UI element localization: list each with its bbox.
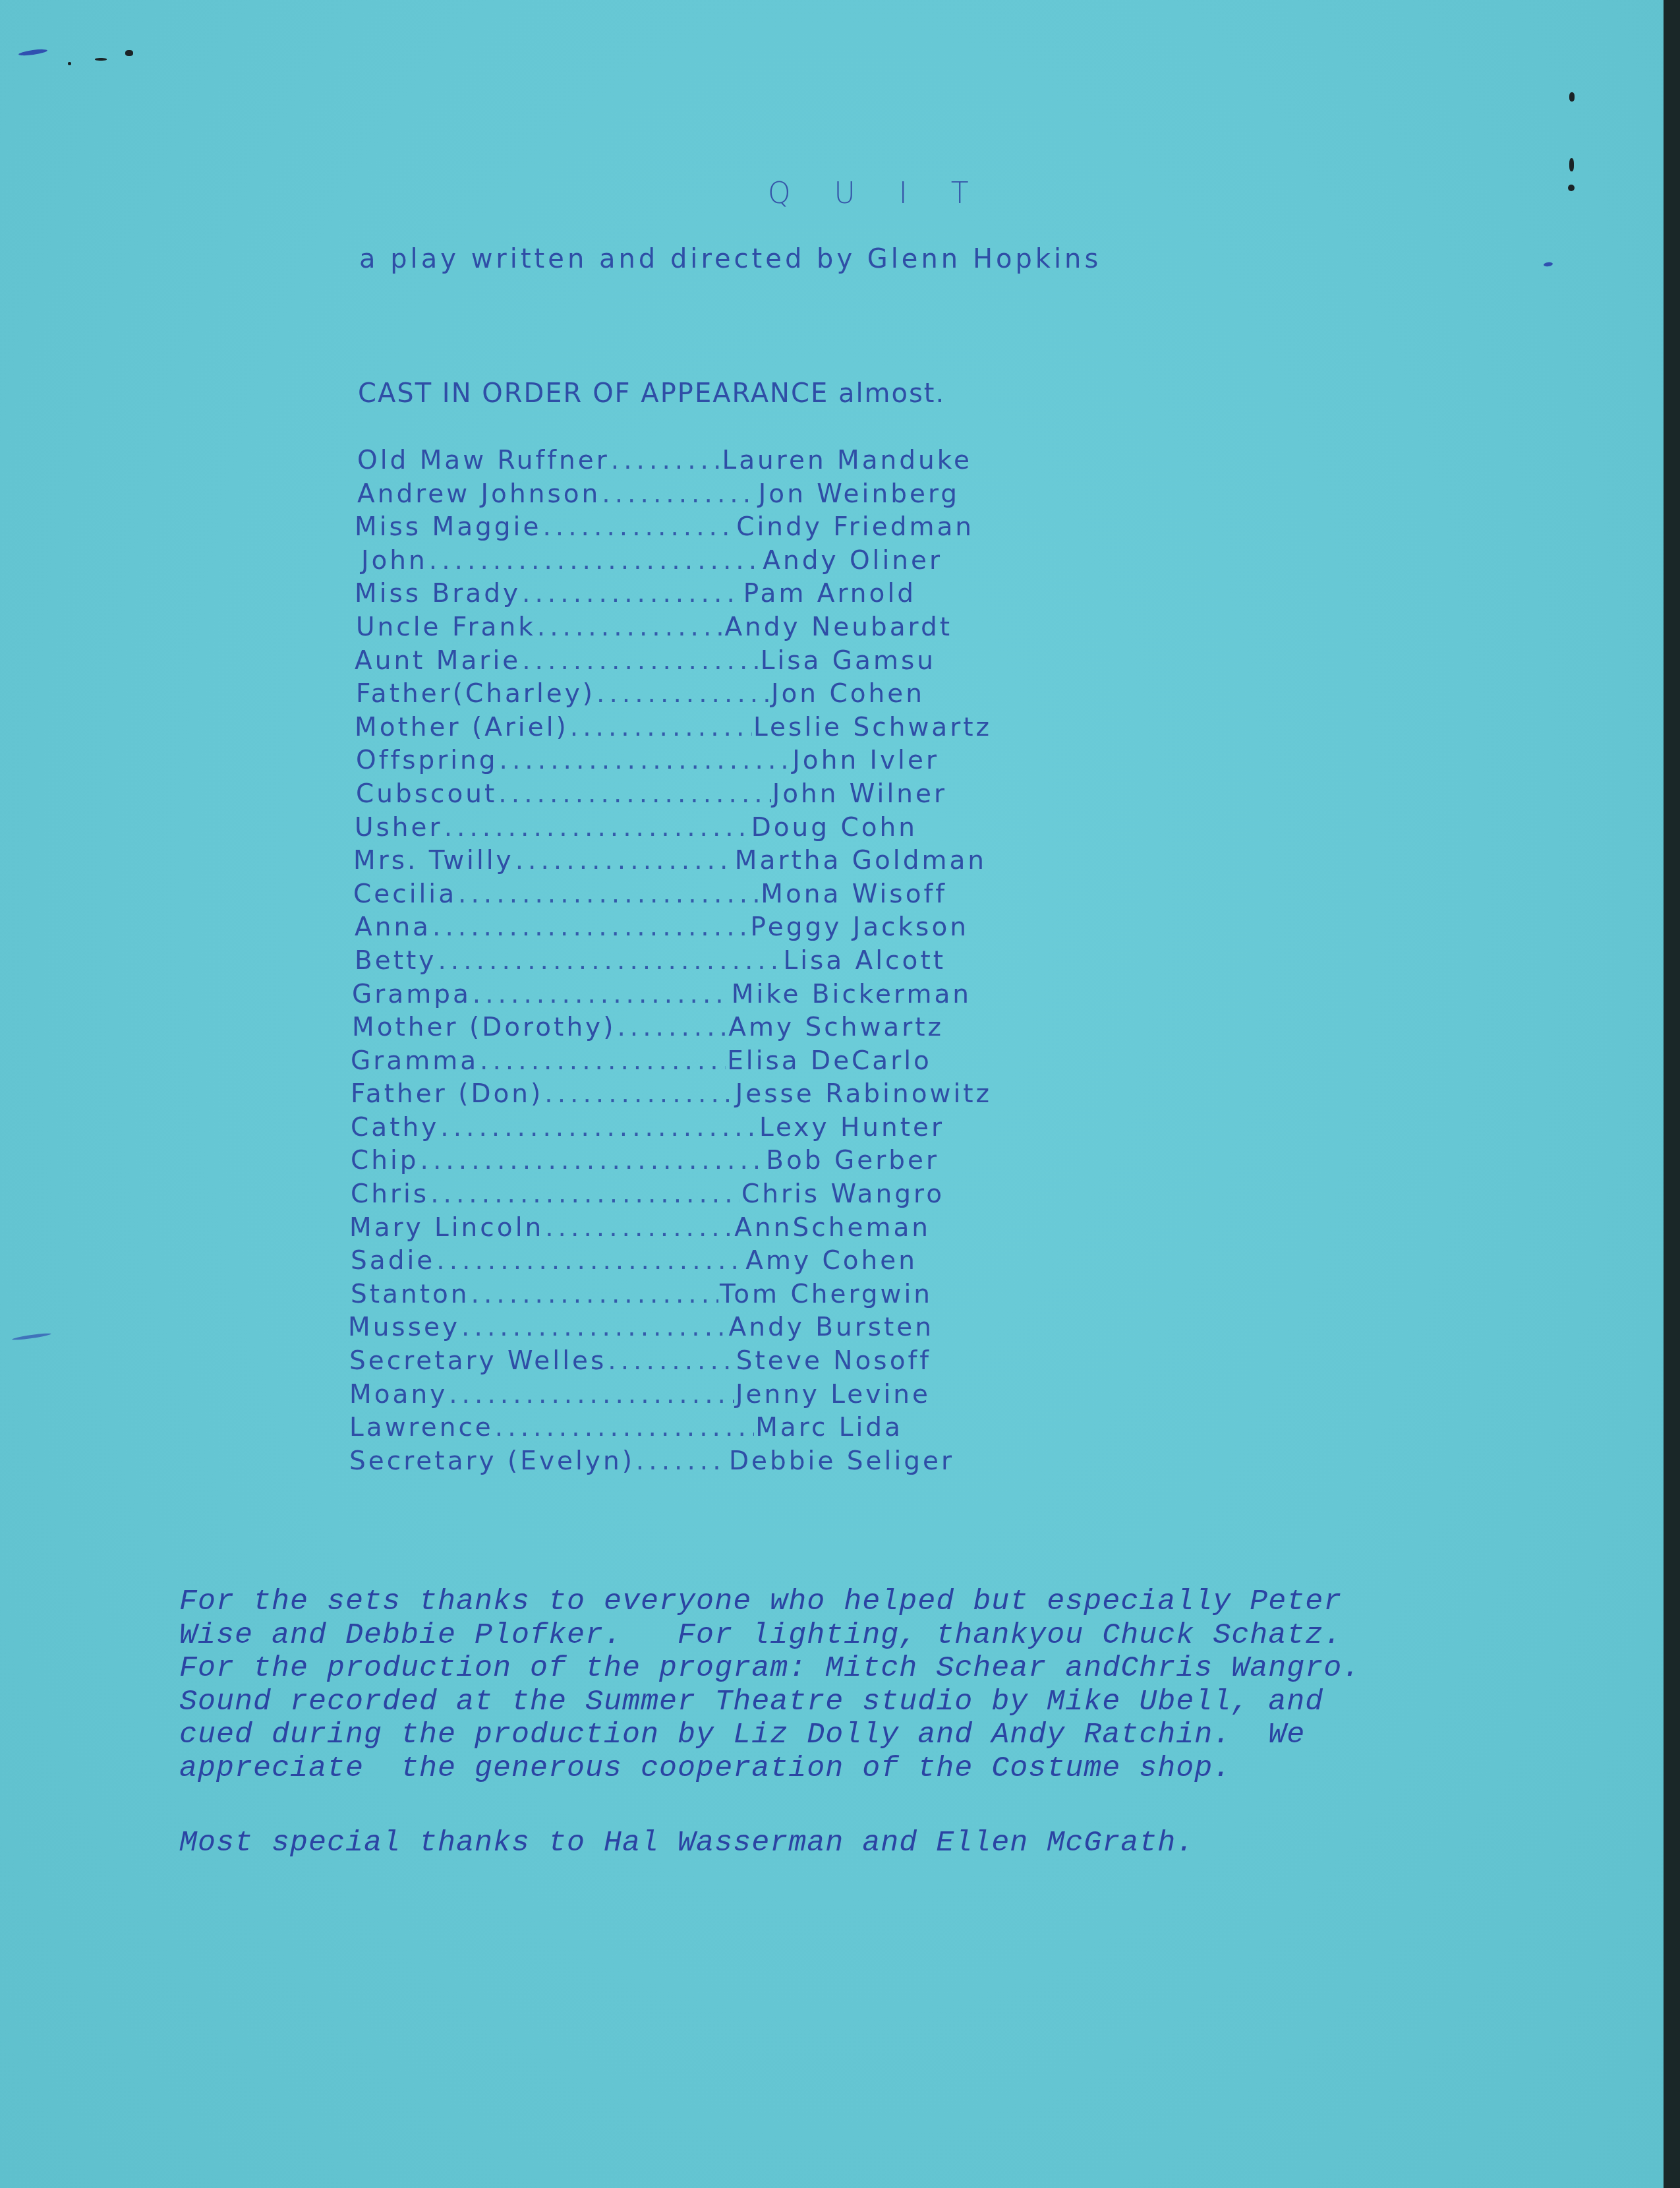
cast-role: Sadie [351,1246,435,1276]
cast-row: StantonTom Chergwin [351,1280,933,1313]
credits-line: Sound recorded at the Summer Theatre stu… [179,1686,1484,1719]
cast-row: Mother (Dorothy)Amy Schwartz [352,1013,944,1046]
cast-role: Mother (Ariel) [355,713,569,742]
cast-actor: Andy Oliner [763,546,942,576]
cast-role: Grampa [352,980,471,1009]
cast-actor: Tom Chergwin [720,1280,933,1309]
cast-role: Andrew Johnson [357,479,600,509]
cast-role: Gramma [351,1046,478,1076]
cast-actor: Jon Cohen [771,679,925,709]
cast-role: Anna [355,912,431,942]
cast-row: Miss MaggieCindy Friedman [355,512,974,546]
punch-hole [1569,158,1574,171]
cast-actor: Elisa DeCarlo [727,1046,932,1076]
dot-leader [537,612,724,642]
credits-line: Wise and Debbie Plofker. For lighting, t… [179,1619,1484,1653]
punch-hole [1568,185,1575,191]
cast-row: JohnAndy Oliner [361,546,942,579]
cast-role: Offspring [356,746,498,775]
cast-actor: Jenny Levine [736,1380,931,1409]
cast-actor: Leslie Schwartz [753,713,992,742]
dot-leader [611,446,721,475]
cast-row: ChipBob Gerber [351,1146,939,1179]
cast-row: OffspringJohn Ivler [356,746,939,779]
cast-role: John [361,546,428,576]
dot-leader [570,713,752,742]
cast-role: Cathy [351,1113,439,1142]
cast-row: CathyLexy Hunter [351,1113,944,1146]
cast-actor: Andy Bursten [729,1313,934,1342]
cast-row: GrampaMike Bickerman [352,980,971,1013]
cast-role: Usher [355,813,443,843]
dot-leader [498,779,770,809]
credits-paragraph: For the sets thanks to everyone who help… [179,1585,1484,1785]
cast-role: Cecilia [353,879,457,909]
cast-actor: Doug Cohn [751,813,917,843]
cast-row: Mrs. TwillyMartha Goldman [353,846,987,879]
play-title: Q U I T [768,177,986,210]
cast-row: SadieAmy Cohen [351,1246,917,1280]
cast-actor: Jesse Rabinowitz [736,1079,992,1109]
dot-leader [458,879,759,909]
credits-line: For the production of the program: Mitch… [179,1652,1484,1686]
dot-leader [596,679,770,709]
cast-actor: Lexy Hunter [759,1113,944,1142]
ink-smudge-left [12,1332,51,1341]
cast-row: ChrisChris Wangro [351,1179,944,1213]
dot-leader [495,1413,754,1442]
cast-actor: Mike Bickerman [732,980,971,1009]
cast-row: MusseyAndy Bursten [348,1313,934,1346]
cast-actor: Peggy Jackson [751,912,969,942]
cast-heading: CAST IN ORDER OF APPEARANCE almost. [358,378,945,409]
cast-role: Father(Charley) [356,679,595,709]
dot-leader [544,1079,734,1109]
cast-actor: Lisa Gamsu [761,646,936,676]
dot-leader [471,1280,719,1309]
cast-row: Old Maw RuffnerLauren Manduke [357,446,972,479]
cast-role: Old Maw Ruffner [357,446,610,475]
ink-smudge-top-left [18,48,48,57]
cast-actor: Pam Arnold [743,579,916,608]
cast-actor: Amy Cohen [745,1246,917,1276]
cast-list: Old Maw RuffnerLauren MandukeAndrew John… [349,446,1377,1479]
cast-actor: John Wilner [772,779,947,809]
cast-row: UsherDoug Cohn [355,813,917,846]
dot-leader [461,1313,727,1342]
cast-role: Mrs. Twilly [353,846,514,875]
dot-leader [473,980,730,1009]
cast-actor: Marc Lida [755,1413,903,1442]
dot-leader [444,813,750,843]
cast-row: Secretary WellesSteve Nosoff [349,1346,931,1380]
cast-actor: Jon Weinberg [759,479,960,509]
scanner-edge [1664,0,1680,2188]
cast-role: Moany [349,1380,448,1409]
credits-line: For the sets thanks to everyone who help… [179,1585,1484,1619]
dot-leader [545,1213,733,1243]
cast-role: Miss Maggie [355,512,541,542]
cast-actor: Amy Schwartz [728,1013,944,1042]
staple-hole [68,62,71,65]
cast-role: Secretary Welles [349,1346,606,1376]
cast-actor: Steve Nosoff [736,1346,931,1376]
special-thanks: Most special thanks to Hal Wasserman and… [179,1826,1194,1860]
cast-role: Aunt Marie [355,646,521,676]
program-page: Q U I T a play written and directed by G… [0,0,1664,2188]
dot-leader [522,646,759,676]
cast-actor: Lisa Alcott [783,946,946,976]
dot-leader [602,479,757,509]
cast-actor: Debbie Seliger [729,1446,954,1476]
cast-role: Chip [351,1146,419,1175]
play-subtitle: a play written and directed by Glenn Hop… [359,244,1101,274]
dot-leader [440,1113,758,1142]
cast-actor: Chris Wangro [741,1179,944,1209]
staple-hole [95,58,107,61]
dot-leader [617,1013,727,1042]
dot-leader [449,1380,734,1409]
cast-row: LawrenceMarc Lida [349,1413,903,1446]
cast-actor: Bob Gerber [766,1146,939,1175]
cast-role: Secretary (Evelyn) [349,1446,635,1476]
cast-row: MoanyJenny Levine [349,1380,931,1413]
dot-leader [636,1446,728,1476]
cast-row: Father (Don)Jesse Rabinowitz [351,1079,992,1113]
cast-role: Miss Brady [355,579,521,608]
dot-leader [438,946,782,976]
dot-leader [522,579,742,608]
dot-leader [429,546,761,576]
cast-row: BettyLisa Alcott [355,946,946,980]
credits-line: appreciate the generous cooperation of t… [179,1752,1484,1786]
cast-actor: Andy Neubardt [724,612,952,642]
punch-hole [1569,92,1575,102]
cast-actor: Mona Wisoff [761,879,947,909]
cast-role: Betty [355,946,436,976]
dot-leader [542,512,735,542]
dot-leader [420,1146,765,1175]
cast-actor: Lauren Manduke [722,446,972,475]
cast-role: Lawrence [349,1413,494,1442]
credits-line: cued during the production by Liz Dolly … [179,1719,1484,1752]
cast-row: Uncle FrankAndy Neubardt [356,612,952,646]
cast-row: GrammaElisa DeCarlo [351,1046,932,1080]
cast-row: Secretary (Evelyn)Debbie Seliger [349,1446,954,1480]
cast-role: Mary Lincoln [349,1213,544,1243]
cast-role: Chris [351,1179,429,1209]
cast-role: Stanton [351,1280,470,1309]
ink-smudge-right [1544,262,1553,267]
cast-actor: Cindy Friedman [736,512,974,542]
staple-hole [125,50,133,56]
cast-row: AnnaPeggy Jackson [355,912,969,946]
cast-role: Mussey [348,1313,460,1342]
cast-actor: John Ivler [792,746,939,775]
cast-row: CeciliaMona Wisoff [353,879,947,913]
cast-row: Aunt MarieLisa Gamsu [355,646,936,680]
cast-actor: AnnScheman [734,1213,931,1243]
cast-role: Mother (Dorothy) [352,1013,616,1042]
dot-leader [608,1346,734,1376]
cast-role: Uncle Frank [356,612,536,642]
cast-role: Cubscout [356,779,497,809]
dot-leader [480,1046,726,1076]
cast-actor: Martha Goldman [735,846,987,875]
dot-leader [436,1246,744,1276]
cast-row: Miss BradyPam Arnold [355,579,916,612]
dot-leader [500,746,792,775]
dot-leader [430,1179,740,1209]
cast-row: Andrew JohnsonJon Weinberg [357,479,960,513]
dot-leader [515,846,734,875]
cast-row: Mary LincolnAnnScheman [349,1213,931,1247]
cast-role: Father (Don) [351,1079,543,1109]
dot-leader [432,912,749,942]
cast-row: CubscoutJohn Wilner [356,779,947,813]
cast-row: Father(Charley)Jon Cohen [356,679,925,713]
cast-row: Mother (Ariel)Leslie Schwartz [355,713,992,746]
